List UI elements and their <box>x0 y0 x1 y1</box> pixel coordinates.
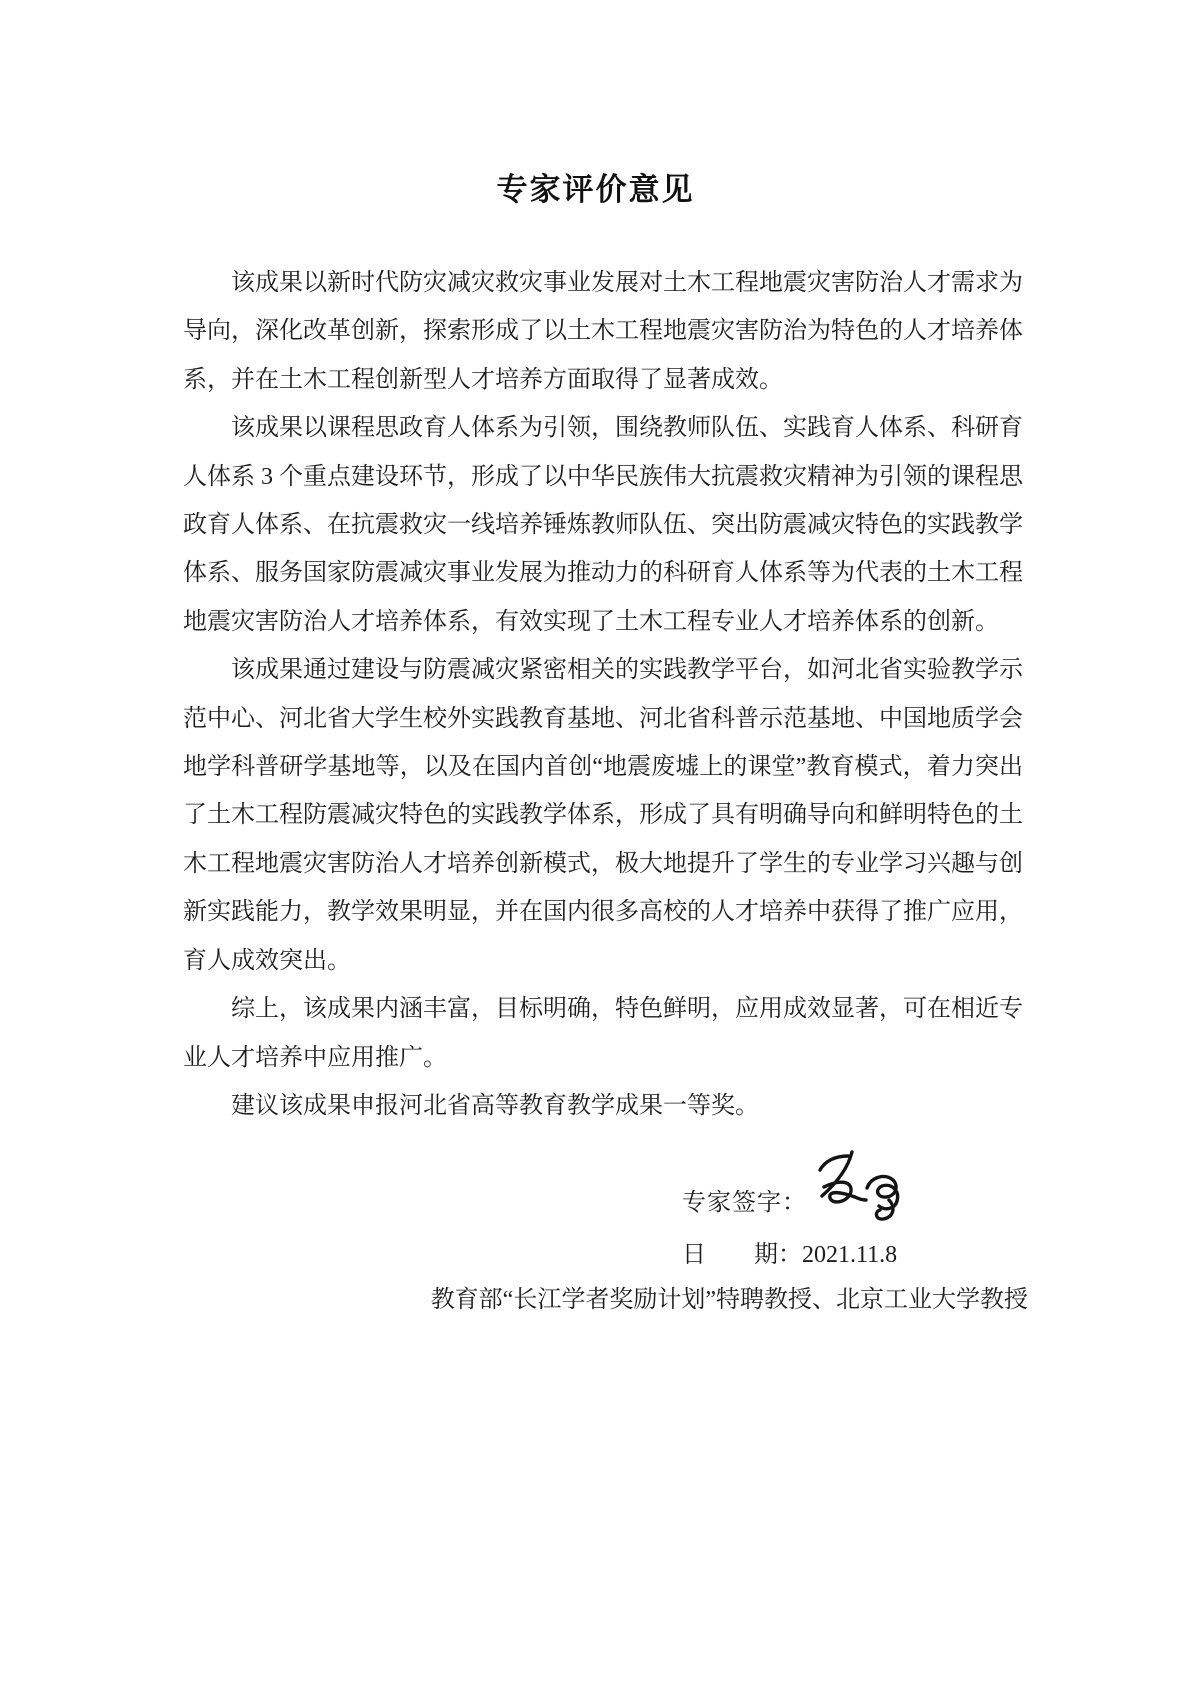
expert-signature-label: 专家签字： <box>682 1182 807 1217</box>
paragraph-overview: 该成果以新时代防灾减灾救灾事业发展对土木工程地震灾害防治人才需求为导向，深化改革… <box>183 259 1023 404</box>
date-label: 日 期： <box>682 1242 802 1268</box>
paragraph-summary: 综上，该成果内涵丰富，目标明确，特色鲜明，应用成效显著，可在相近专业人才培养中应… <box>183 985 1023 1082</box>
document-body: 该成果以新时代防灾减灾救灾事业发展对土木工程地震灾害防治人才需求为导向，深化改革… <box>183 259 1023 1130</box>
expert-affiliation: 教育部“长江学者奖励计划”特聘教授、北京工业大学教授 <box>431 1279 1028 1314</box>
date-line: 日 期：2021.11.8 <box>682 1234 897 1269</box>
paragraph-recommendation: 建议该成果申报河北省高等教育教学成果一等奖。 <box>183 1082 1023 1130</box>
date-value: 2021.11.8 <box>802 1242 897 1268</box>
paragraph-system-construction: 该成果以课程思政育人体系为引领，围绕教师队伍、实践育人体系、科研育人体系 3 个… <box>183 404 1023 646</box>
handwritten-signature <box>810 1148 904 1228</box>
document-page: 专家评价意见 该成果以新时代防灾减灾救灾事业发展对土木工程地震灾害防治人才需求为… <box>0 0 1191 1684</box>
page-title: 专家评价意见 <box>0 164 1191 209</box>
paragraph-practice-platform: 该成果通过建设与防震减灾紧密相关的实践教学平台，如河北省实验教学示范中心、河北省… <box>183 646 1023 985</box>
